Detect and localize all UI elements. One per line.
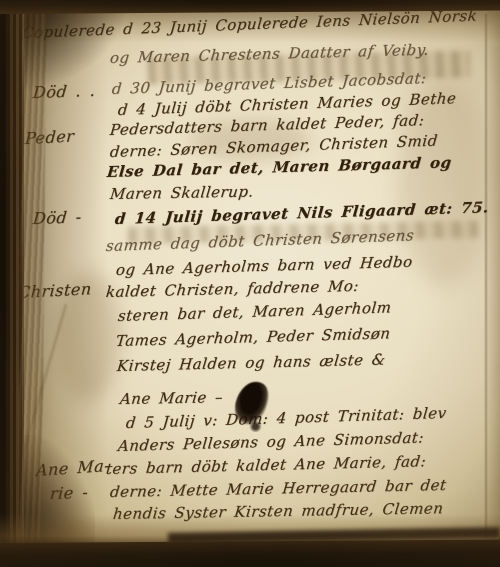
register-page-photo: Död . . Peder Död - Christen Ane Ma- rie…	[0, 0, 500, 567]
register-line: Ane Marie –	[119, 388, 224, 408]
photo-frame-bottom	[0, 539, 500, 567]
stacked-page-edges	[18, 6, 47, 558]
ink-blot	[249, 421, 262, 432]
register-line: Maren Skallerup.	[109, 182, 255, 203]
paper-crease	[484, 14, 488, 538]
